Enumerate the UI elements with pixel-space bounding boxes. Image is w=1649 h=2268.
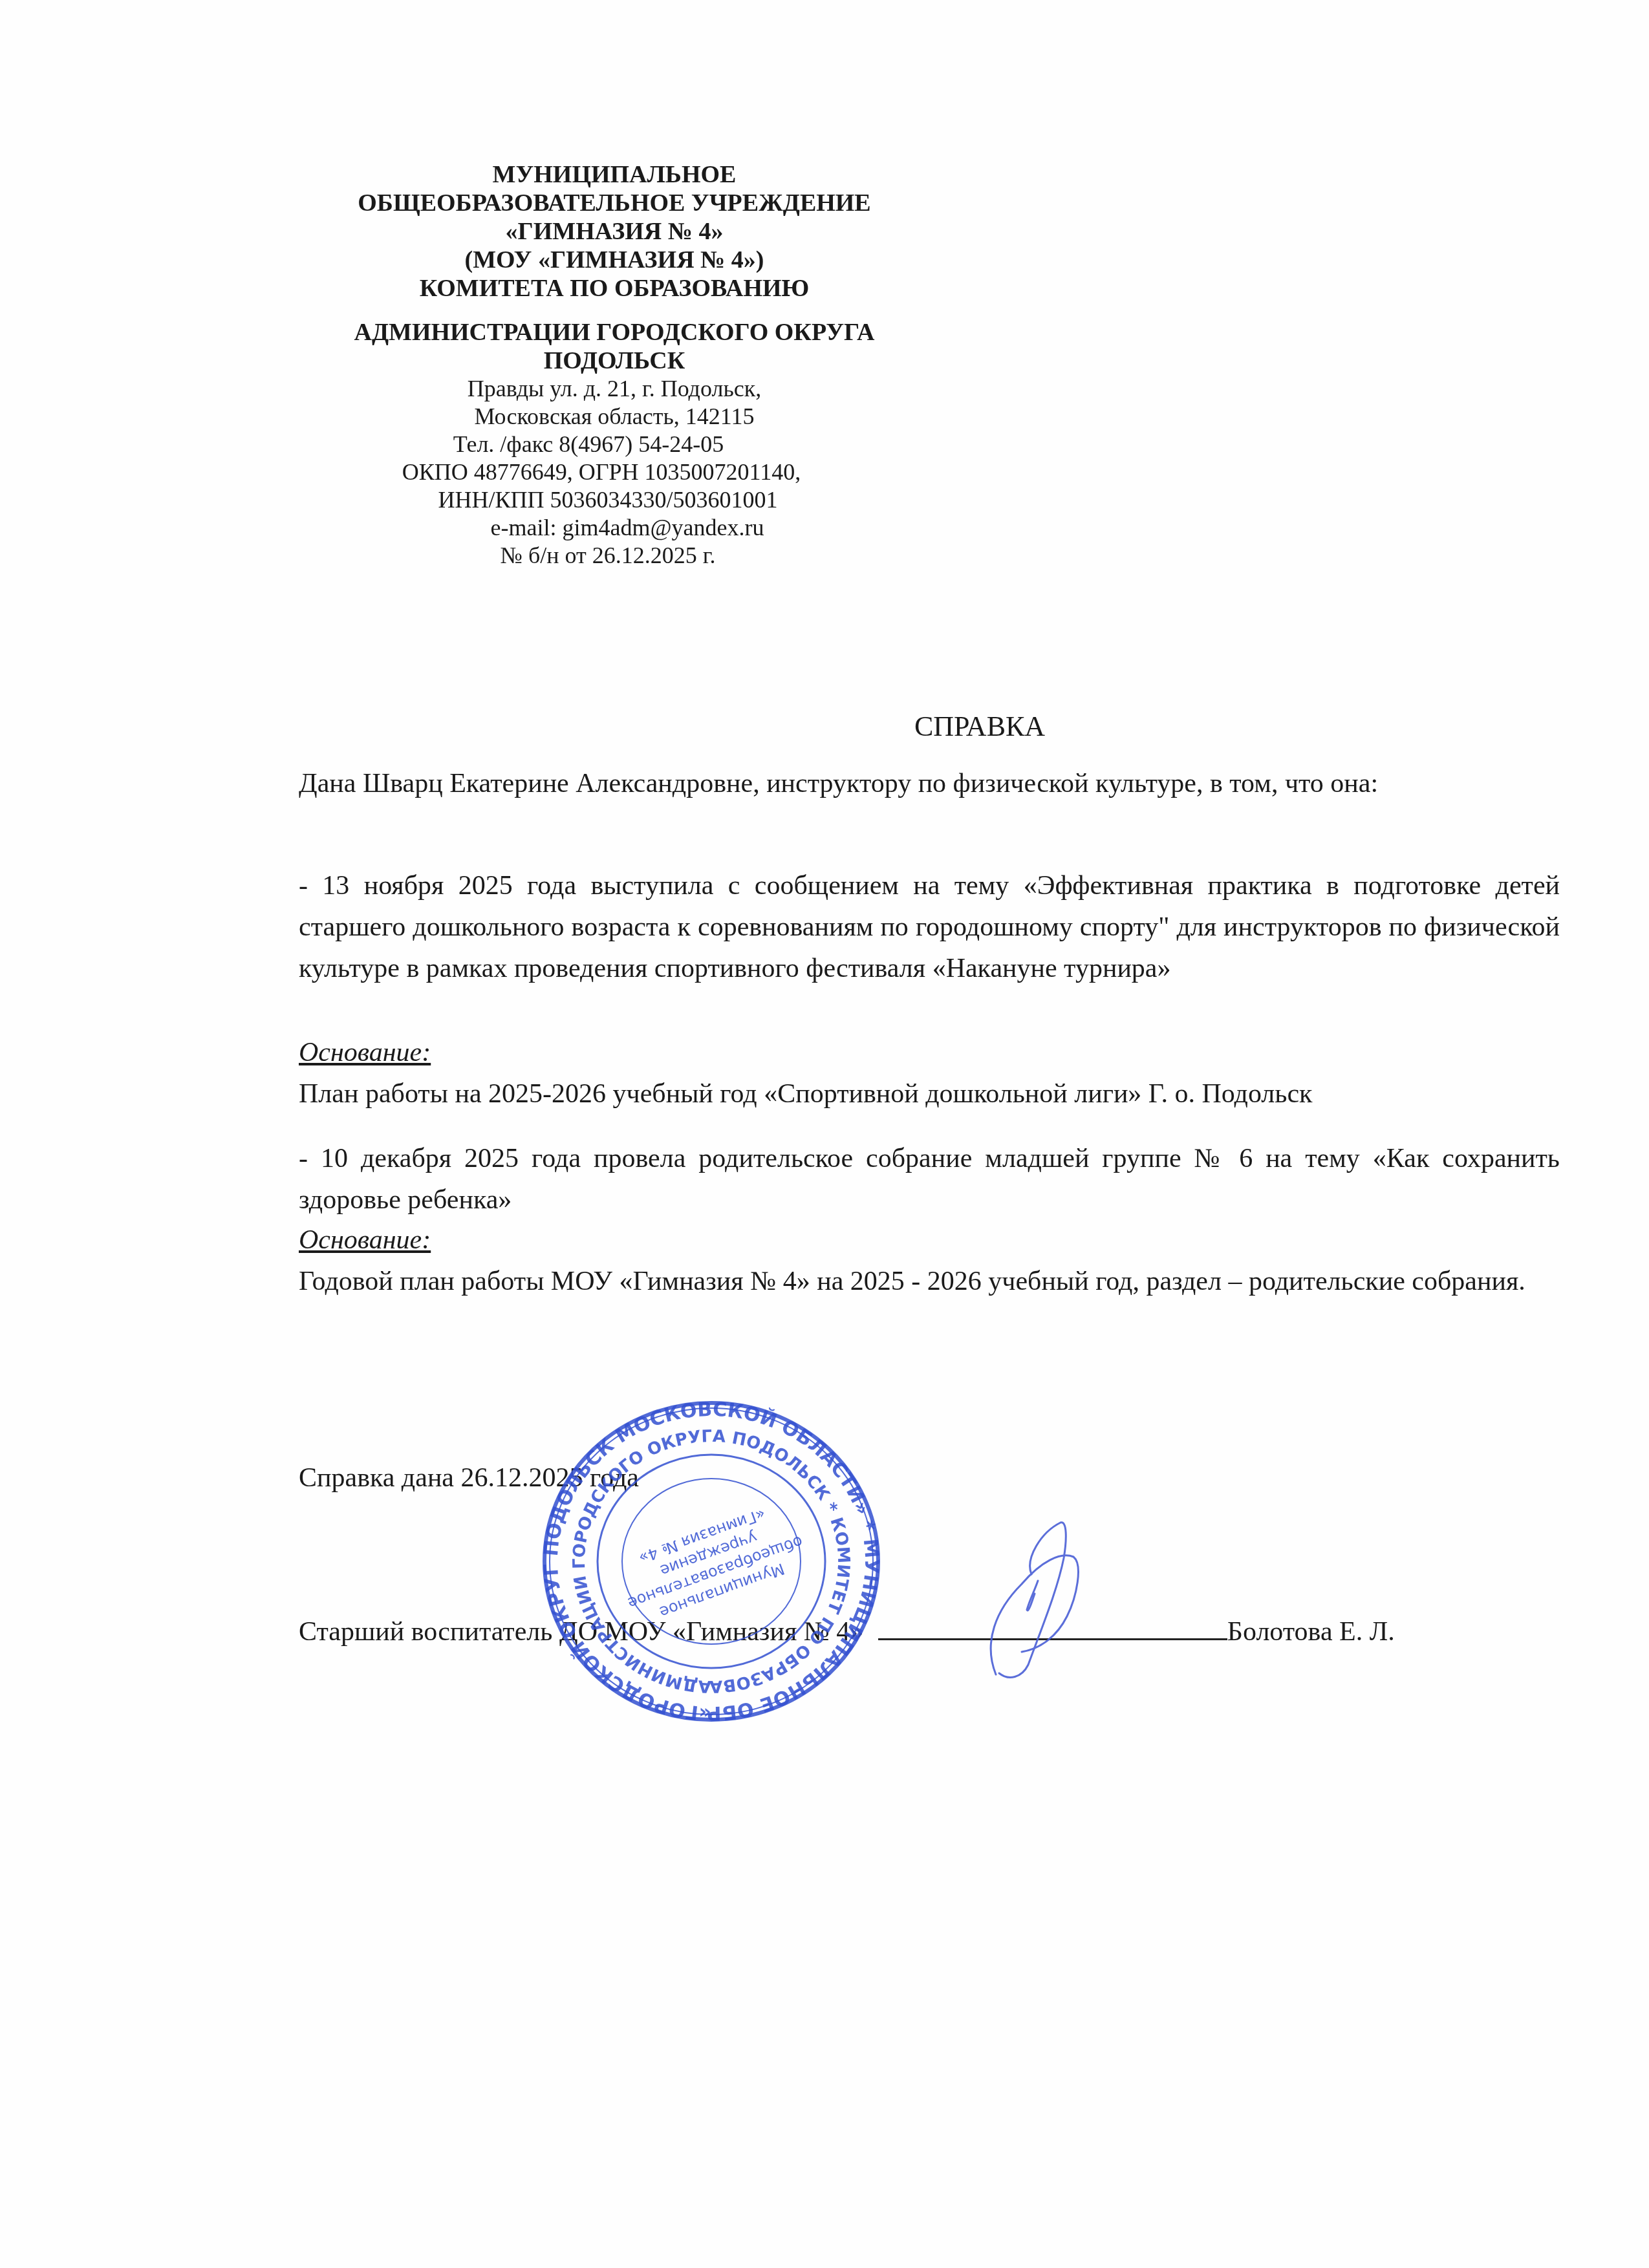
signer-position: Старший воспитатель ДО МОУ «Гимназия № 4… <box>299 1617 863 1647</box>
handwritten-signature-icon <box>970 1519 1177 1700</box>
email: e-mail: gim4adm@yandex.ru <box>259 514 970 542</box>
basis-text: План работы на 2025-2026 учебный год «Сп… <box>299 1073 1560 1115</box>
okpo-ogrn: ОКПО 48776649, ОГРН 1035007201140, <box>259 458 970 486</box>
basis-text: Годовой план работы МОУ «Гимназия № 4» н… <box>299 1261 1560 1302</box>
admin-name-line: ПОДОЛЬСК <box>259 347 970 375</box>
document-page: МУНИЦИПАЛЬНОЕ ОБЩЕОБРАЗОВАТЕЛЬНОЕ УЧРЕЖД… <box>0 0 1649 2268</box>
document-title: СПРАВКА <box>278 710 1571 743</box>
issue-date-line: Справка дана 26.12.2025 года <box>299 1462 639 1493</box>
inn-kpp: ИНН/КПП 5036034330/503601001 <box>259 486 970 514</box>
signature-line: Старший воспитатель ДО МОУ «Гимназия № 4… <box>299 1611 1560 1647</box>
doc-number: № б/н от 26.12.2025 г. <box>259 542 970 570</box>
basis-label: Основание: <box>299 1032 1560 1073</box>
region: Московская область, 142115 <box>259 403 970 431</box>
org-name-line: МУНИЦИПАЛЬНОЕ <box>259 160 970 189</box>
activity-item: - 10 декабря 2025 года провела родительс… <box>299 1138 1560 1221</box>
org-name-line: КОМИТЕТА ПО ОБРАЗОВАНИЮ <box>259 274 970 303</box>
basis-label: Основание: <box>299 1219 1560 1261</box>
org-name-line: ОБЩЕОБРАЗОВАТЕЛЬНОЕ УЧРЕЖДЕНИЕ <box>259 189 970 217</box>
official-stamp-icon: «ГОРОДСКОЙ ОКРУГ ПОДОЛЬСК МОСКОВСКОЙ ОБЛ… <box>537 1396 886 1726</box>
org-name-line: «ГИМНАЗИЯ № 4» <box>259 217 970 246</box>
org-name-line: (МОУ «ГИМНАЗИЯ № 4») <box>259 246 970 274</box>
svg-text:АДМИНИСТРАЦИИ ГОРОДСКОГО ОКРУГ: АДМИНИСТРАЦИИ ГОРОДСКОГО ОКРУГА ПОДОЛЬСК… <box>537 1396 853 1696</box>
svg-text:общеобразовательное: общеобразовательное <box>625 1532 805 1612</box>
activity-item: - 13 ноября 2025 года выступила с сообще… <box>299 865 1560 989</box>
signature-underline <box>878 1611 1227 1640</box>
svg-text:«Гимназия № 4»: «Гимназия № 4» <box>636 1504 768 1567</box>
signer-name: Болотова Е. Л. <box>1227 1617 1395 1647</box>
intro-paragraph: Дана Шварц Екатерине Александровне, инст… <box>299 763 1560 804</box>
svg-text:«ГОРОДСКОЙ ОКРУГ ПОДОЛЬСК МОСК: «ГОРОДСКОЙ ОКРУГ ПОДОЛЬСК МОСКОВСКОЙ ОБЛ… <box>537 1396 883 1724</box>
svg-text:учреждение: учреждение <box>658 1528 760 1580</box>
address: Правды ул. д. 21, г. Подольск, <box>259 375 970 403</box>
admin-name-line: АДМИНИСТРАЦИИ ГОРОДСКОГО ОКРУГА <box>259 318 970 347</box>
letterhead: МУНИЦИПАЛЬНОЕ ОБЩЕОБРАЗОВАТЕЛЬНОЕ УЧРЕЖД… <box>259 160 970 570</box>
phone: Тел. /факс 8(4967) 54-24-05 <box>259 431 970 458</box>
